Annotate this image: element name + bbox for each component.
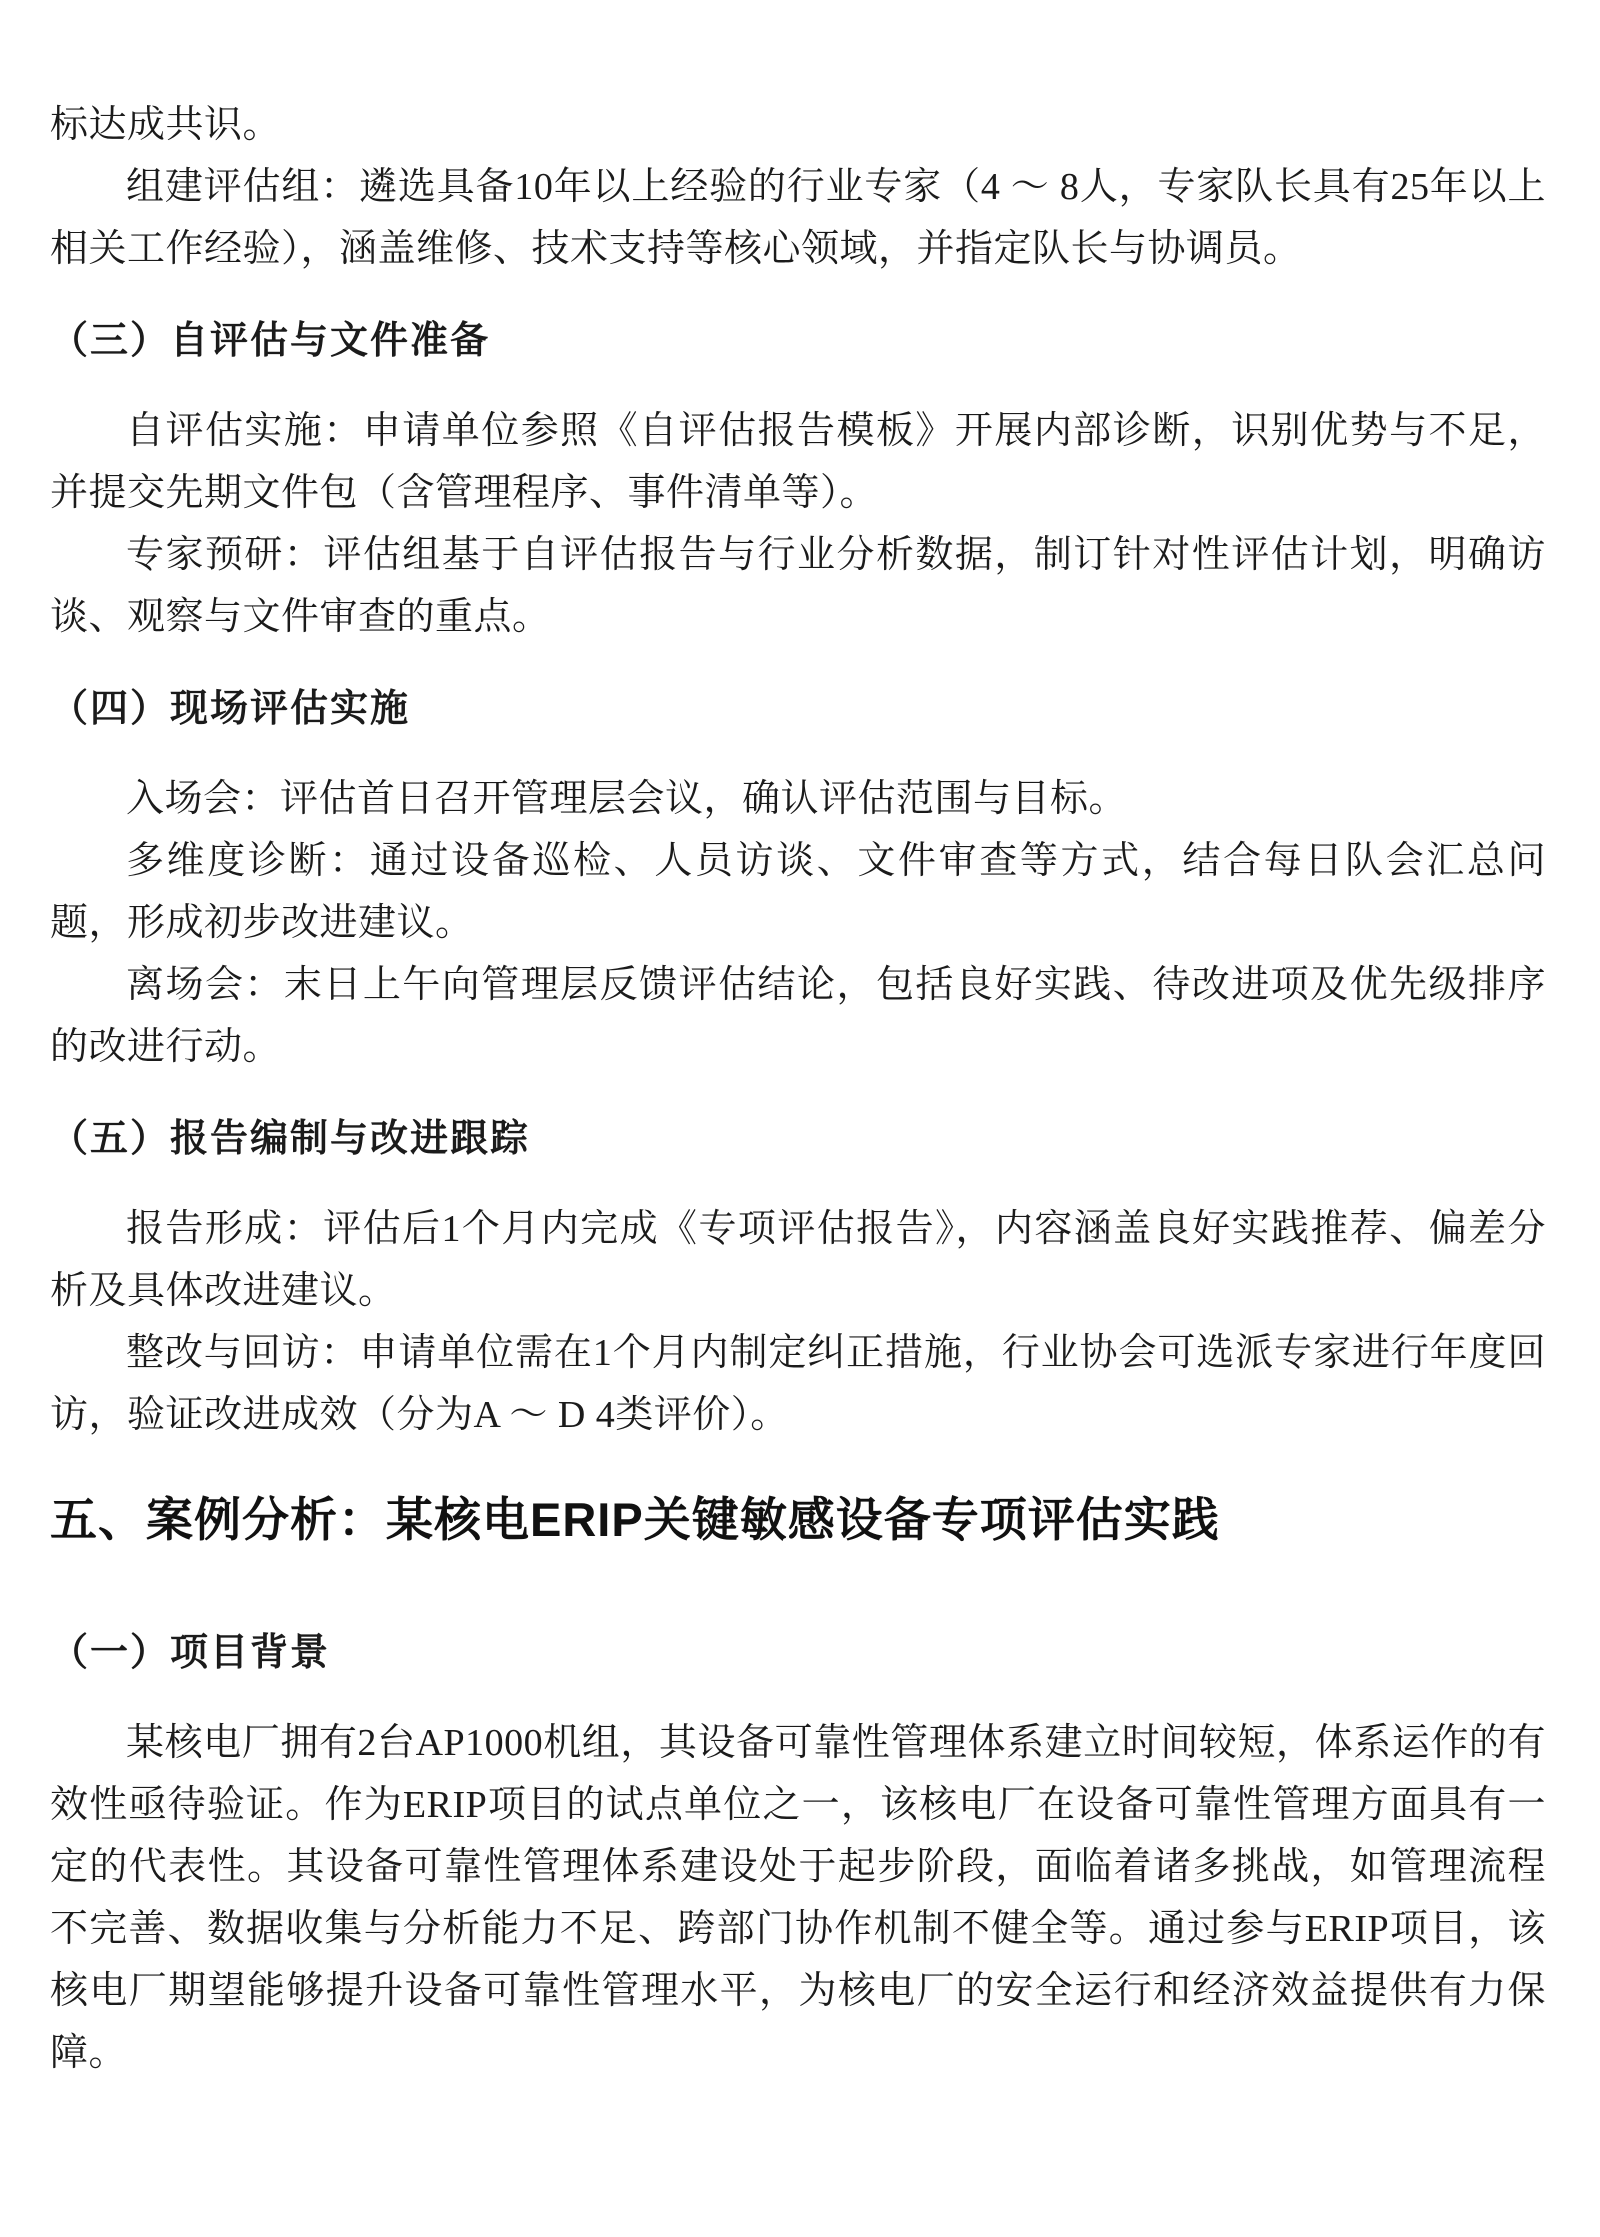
paragraph-multidimensional-diagnosis: 多维度诊断：通过设备巡检、人员访谈、文件审查等方式，结合每日队会汇总问题，形成初… [50, 830, 1546, 954]
paragraph-exit-meeting: 离场会：末日上午向管理层反馈评估结论，包括良好实践、待改进项及优先级排序的改进行… [50, 954, 1546, 1078]
paragraph-team-formation: 组建评估组：遴选具备10年以上经验的行业专家（4 ～ 8人，专家队长具有25年以… [50, 156, 1546, 280]
section-heading-case-analysis: 五、案例分析：某核电ERIP关键敏感设备专项评估实践 [50, 1482, 1546, 1558]
subsection-heading-4-onsite-assessment: （四）现场评估实施 [50, 678, 1546, 740]
paragraph-expert-prestudy: 专家预研：评估组基于自评估报告与行业分析数据，制订针对性评估计划，明确访谈、观察… [50, 524, 1546, 648]
paragraph-report-formation: 报告形成：评估后1个月内完成《专项评估报告》，内容涵盖良好实践推荐、偏差分析及具… [50, 1198, 1546, 1322]
document-page: 标达成共识。 组建评估组：遴选具备10年以上经验的行业专家（4 ～ 8人，专家队… [0, 0, 1600, 2237]
paragraph-self-assessment: 自评估实施：申请单位参照《自评估报告模板》开展内部诊断，识别优势与不足，并提交先… [50, 400, 1546, 524]
subsection-heading-5-report-tracking: （五）报告编制与改进跟踪 [50, 1108, 1546, 1170]
subsection-heading-3-self-assessment: （三）自评估与文件准备 [50, 310, 1546, 372]
paragraph-rectification-revisit: 整改与回访：申请单位需在1个月内制定纠正措施，行业协会可选派专家进行年度回访，验… [50, 1322, 1546, 1446]
subsection-heading-1-project-background: （一）项目背景 [50, 1622, 1546, 1684]
paragraph-continuation: 标达成共识。 [50, 94, 1546, 156]
paragraph-entrance-meeting: 入场会：评估首日召开管理层会议，确认评估范围与目标。 [50, 768, 1546, 830]
paragraph-project-background: 某核电厂拥有2台AP1000机组，其设备可靠性管理体系建立时间较短，体系运作的有… [50, 1712, 1546, 2084]
